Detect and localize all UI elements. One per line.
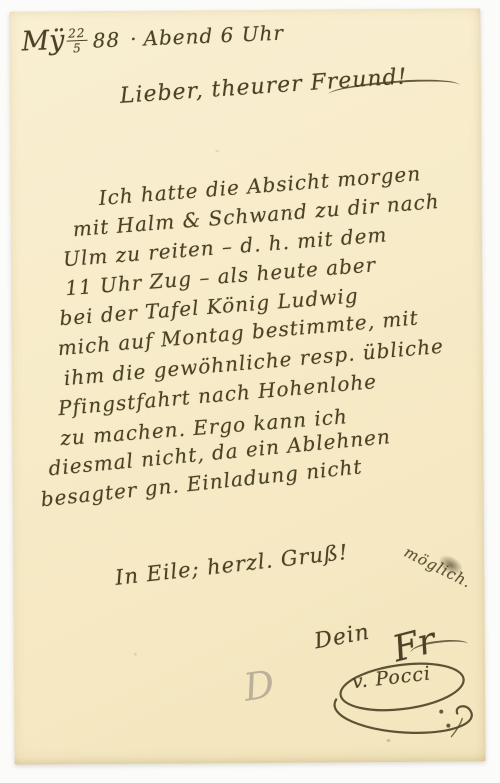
paper-speck xyxy=(134,653,137,656)
signature-flourish-icon xyxy=(320,648,493,741)
date-line: Mÿ22588·Abend 6 Uhr xyxy=(21,17,285,58)
date-separator: · xyxy=(130,27,138,51)
date-time: Abend 6 Uhr xyxy=(143,21,284,51)
date-fraction: 225 xyxy=(66,27,88,55)
paper-speck xyxy=(215,150,219,152)
place-abbreviation: Mÿ xyxy=(21,25,65,58)
date-day: 22 xyxy=(66,27,88,42)
letter-paper: Mÿ22588·Abend 6 Uhr Lieber, theurer Freu… xyxy=(9,8,485,764)
scanned-letter-page: { "letter": { "date": { "prefix": "Mÿ", … xyxy=(0,0,500,783)
closing-line: In Eile; herzl. Gruß! xyxy=(114,541,349,590)
paper-speck xyxy=(290,210,293,213)
paper-speck xyxy=(386,739,390,742)
date-month: 5 xyxy=(67,41,89,55)
pencil-mark: D xyxy=(241,664,277,710)
date-year: 88 xyxy=(92,27,120,52)
